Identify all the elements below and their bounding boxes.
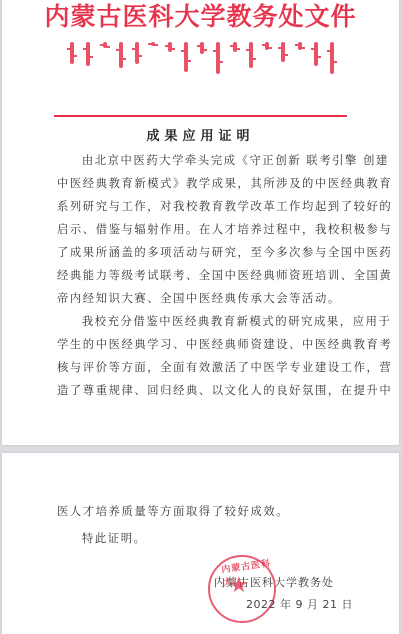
- mongolian-glyph: [265, 42, 269, 50]
- official-seal-stamp: 内蒙古医科大 ★: [208, 555, 276, 623]
- mongolian-glyph: [281, 42, 285, 62]
- text-line: 核与评价等方面，全面有效激活了中医学专业建设工作，营: [32, 356, 345, 379]
- text-line: 系列研究与工作，对我校教育教学改革工作均起到了较好的: [32, 195, 345, 218]
- paragraph-2: 我校充分借鉴中医经典教育新模式的研究成果，应用于 学生的中医经典学习、中医经典师…: [57, 310, 345, 402]
- mongolian-glyph: [103, 42, 107, 48]
- mongolian-glyph: [86, 42, 90, 66]
- text-line: 由北京中医药大学牵头完成《守正创新 联考引擎 创建: [57, 149, 345, 172]
- paragraph-1: 由北京中医药大学牵头完成《守正创新 联考引擎 创建 中医经典教育新模式》教学成果…: [57, 149, 345, 310]
- text-line: 我校充分借鉴中医经典教育新模式的研究成果，应用于: [57, 310, 345, 333]
- mongolian-glyph: [249, 42, 253, 68]
- document-body: 由北京中医药大学牵头完成《守正创新 联考引擎 创建 中医经典教育新模式》教学成果…: [57, 149, 345, 402]
- document-page-1: 内蒙古医科大学教务处文件 成果应用证明 由北京中医药大学牵头完成《守正创新 联考…: [2, 0, 399, 445]
- signature-date: 2022 年 9 月 21 日: [246, 596, 353, 612]
- header-title: 内蒙古医科大学教务处文件: [2, 2, 399, 32]
- mongolian-glyph: [151, 42, 155, 46]
- mongolian-glyph: [184, 42, 188, 72]
- text-line: 帝内经知识大赛、全国中医经典传承大会等活动。: [32, 287, 345, 310]
- mongolian-glyph: [70, 42, 74, 64]
- document-title: 成果应用证明: [2, 125, 399, 144]
- star-icon: ★: [229, 573, 249, 598]
- text-line: 学生的中医经典学习、中医经典师资建设、中医经典教育考: [32, 333, 345, 356]
- text-line: 中医经典教育新模式》教学成果，其所涉及的中医经典教育: [32, 172, 345, 195]
- mongolian-glyph: [330, 42, 334, 74]
- mongolian-glyph: [135, 42, 139, 64]
- document-page-2: 医人才培养质量等方面取得了较好成效。 特此证明。 内蒙古医科大学教务处 内蒙古医…: [2, 453, 399, 634]
- closing-text: 特此证明。: [82, 530, 147, 546]
- text-line: 了成果所涵盖的多项活动与研究，至今多次参与全国中医药: [32, 241, 345, 264]
- mongolian-glyph: [298, 42, 302, 50]
- mongolian-glyph: [216, 42, 220, 74]
- text-line: 造了尊重规律、回归经典、以文化人的良好氛围，在提升中: [32, 379, 345, 402]
- mongolian-glyph: [233, 42, 237, 52]
- mongolian-glyph: [200, 42, 204, 54]
- text-line: 经典能力等级考试联考、全国中医经典师资班培训、全国黄: [32, 264, 345, 287]
- mongolian-header-script: [70, 42, 334, 74]
- mongolian-glyph: [168, 42, 172, 52]
- continuation-text: 医人才培养质量等方面取得了较好成效。: [57, 500, 289, 523]
- red-divider-line: [54, 115, 347, 117]
- text-line: 启示、借鉴与辐射作用。在人才培养过程中，我校积极参与: [32, 218, 345, 241]
- mongolian-glyph: [314, 42, 318, 66]
- mongolian-glyph: [119, 42, 123, 68]
